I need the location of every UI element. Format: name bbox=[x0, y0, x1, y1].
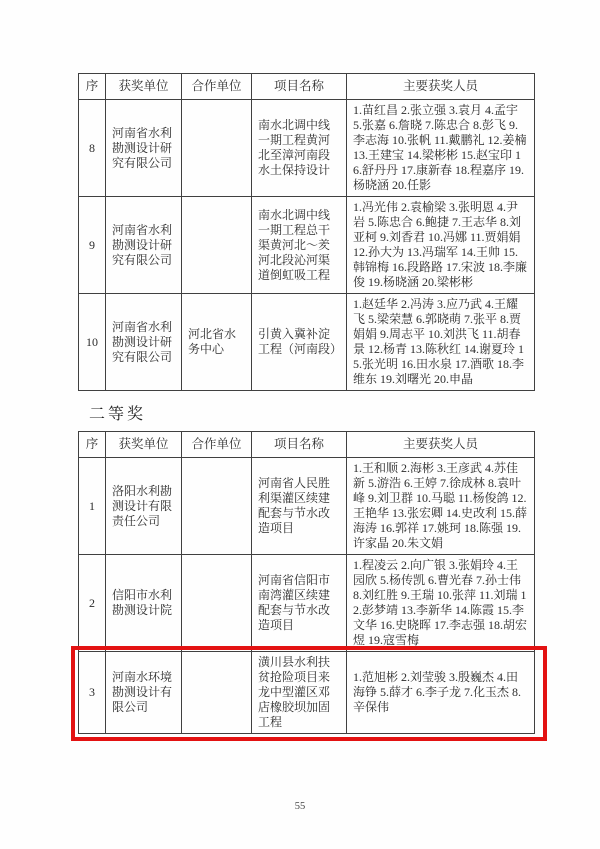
project-cell: 河南省信阳市南湾灌区续建配套与节水改造项目 bbox=[252, 555, 347, 652]
table-row: 2 信阳市水利勘测设计院 河南省信阳市南湾灌区续建配套与节水改造项目 1.程凌云… bbox=[79, 555, 535, 652]
people-cell: 1.程凌云 2.向广银 3.张娟玲 4.王园欣 5.杨传凯 6.曹光春 7.孙士… bbox=[347, 555, 535, 652]
table-header-row: 序 获奖单位 合作单位 项目名称 主要获奖人员 bbox=[79, 432, 535, 458]
table-row: 1 洛阳水利勘测设计有限责任公司 河南省人民胜利渠灌区续建配套与节水改造项目 1… bbox=[79, 458, 535, 555]
partner-cell bbox=[182, 458, 252, 555]
project-cell: 引黄入冀补淀工程（河南段） bbox=[252, 294, 347, 391]
partner-cell: 河北省水务中心 bbox=[182, 294, 252, 391]
unit-cell: 河南省水利勘测设计研究有限公司 bbox=[106, 294, 182, 391]
serial-cell: 9 bbox=[79, 197, 106, 294]
people-cell: 1.王和顺 2.海彬 3.王彦武 4.苏佳新 5.游浩 6.王婷 7.徐成林 8… bbox=[347, 458, 535, 555]
document-page: 序 获奖单位 合作单位 项目名称 主要获奖人员 8 河南省水利勘测设计研究有限公… bbox=[0, 0, 600, 849]
table-row: 10 河南省水利勘测设计研究有限公司 河北省水务中心 引黄入冀补淀工程（河南段）… bbox=[79, 294, 535, 391]
unit-cell: 河南省水利勘测设计研究有限公司 bbox=[106, 197, 182, 294]
second-prize-table: 序 获奖单位 合作单位 项目名称 主要获奖人员 1 洛阳水利勘测设计有限责任公司… bbox=[78, 431, 535, 734]
unit-cell: 河南省水利勘测设计研究有限公司 bbox=[106, 100, 182, 197]
unit-cell: 河南水环境勘测设计有限公司 bbox=[106, 652, 182, 734]
table-header-row: 序 获奖单位 合作单位 项目名称 主要获奖人员 bbox=[79, 74, 535, 100]
col-header-serial: 序 bbox=[79, 432, 106, 458]
serial-cell: 3 bbox=[79, 652, 106, 734]
project-cell: 河南省人民胜利渠灌区续建配套与节水改造项目 bbox=[252, 458, 347, 555]
section-heading: 二等奖 bbox=[89, 401, 600, 424]
serial-cell: 8 bbox=[79, 100, 106, 197]
partner-cell bbox=[182, 555, 252, 652]
partner-cell bbox=[182, 652, 252, 734]
awards-table-continued: 序 获奖单位 合作单位 项目名称 主要获奖人员 8 河南省水利勘测设计研究有限公… bbox=[78, 73, 535, 391]
col-header-people: 主要获奖人员 bbox=[347, 74, 535, 100]
col-header-partner: 合作单位 bbox=[182, 74, 252, 100]
col-header-project: 项目名称 bbox=[252, 74, 347, 100]
serial-cell: 1 bbox=[79, 458, 106, 555]
people-cell: 1.范旭彬 2.刘莹骏 3.殷巍杰 4.田海铮 5.薛才 6.李子龙 7.化玉杰… bbox=[347, 652, 535, 734]
partner-cell bbox=[182, 197, 252, 294]
table-row: 9 河南省水利勘测设计研究有限公司 南水北调中线一期工程总干渠黄河北～羑河北段沁… bbox=[79, 197, 535, 294]
col-header-partner: 合作单位 bbox=[182, 432, 252, 458]
unit-cell: 信阳市水利勘测设计院 bbox=[106, 555, 182, 652]
highlight-row: 3 河南水环境勘测设计有限公司 潢川县水利扶贫抢险项目来龙中型灌区邓店橡胶坝加固… bbox=[79, 652, 535, 734]
col-header-people: 主要获奖人员 bbox=[347, 432, 535, 458]
project-cell: 南水北调中线一期工程黄河北至漳河南段水土保持设计 bbox=[252, 100, 347, 197]
serial-cell: 2 bbox=[79, 555, 106, 652]
col-header-unit: 获奖单位 bbox=[106, 74, 182, 100]
col-header-project: 项目名称 bbox=[252, 432, 347, 458]
project-cell: 潢川县水利扶贫抢险项目来龙中型灌区邓店橡胶坝加固工程 bbox=[252, 652, 347, 734]
col-header-unit: 获奖单位 bbox=[106, 432, 182, 458]
project-cell: 南水北调中线一期工程总干渠黄河北～羑河北段沁河渠道倒虹吸工程 bbox=[252, 197, 347, 294]
serial-cell: 10 bbox=[79, 294, 106, 391]
people-cell: 1.冯光伟 2.袁榆梁 3.张明恩 4.尹岩 5.陈忠合 6.鲍捷 7.王志华 … bbox=[347, 197, 535, 294]
col-header-serial: 序 bbox=[79, 74, 106, 100]
people-cell: 1.苗红昌 2.张立强 3.袁月 4.孟宇 5.张嘉 6.詹晓 7.陈忠合 8.… bbox=[347, 100, 535, 197]
partner-cell bbox=[182, 100, 252, 197]
people-cell: 1.赵廷华 2.冯涛 3.应乃武 4.王耀飞 5.梁荣慧 6.郭晓萌 7.张平 … bbox=[347, 294, 535, 391]
page-number: 55 bbox=[0, 801, 600, 812]
unit-cell: 洛阳水利勘测设计有限责任公司 bbox=[106, 458, 182, 555]
table-row: 8 河南省水利勘测设计研究有限公司 南水北调中线一期工程黄河北至漳河南段水土保持… bbox=[79, 100, 535, 197]
